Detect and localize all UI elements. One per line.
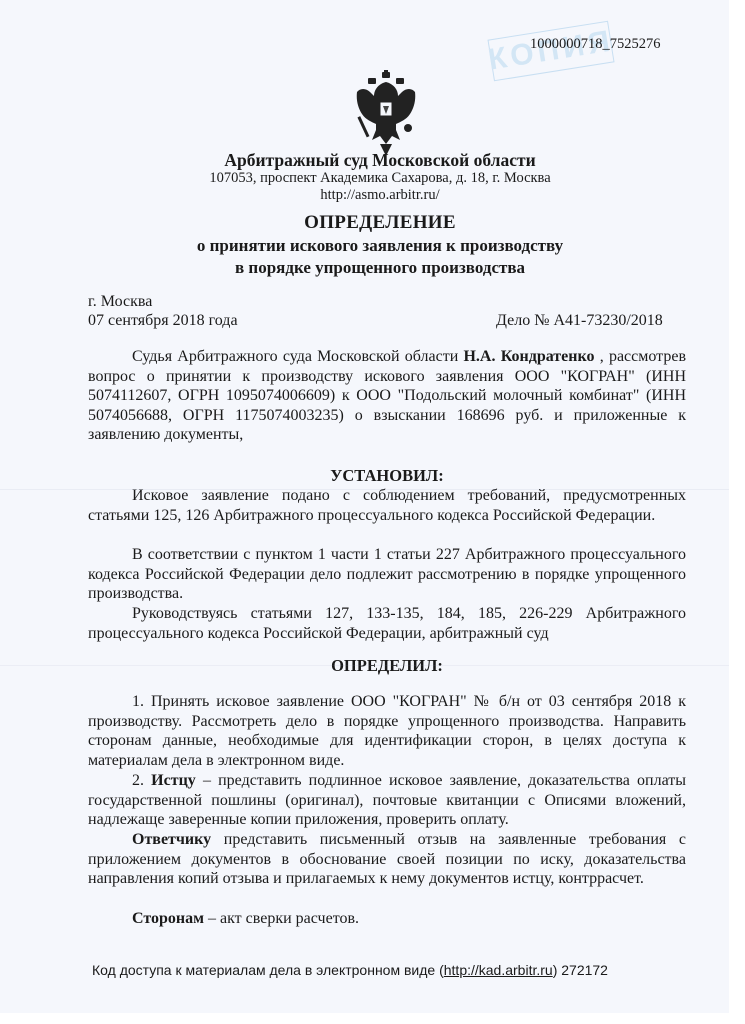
russian-coat-of-arms-icon	[354, 70, 418, 158]
access-code-footer: Код доступа к материалам дела в электрон…	[92, 962, 608, 978]
parties-paragraph: Сторонам – акт сверки расчетов.	[88, 909, 686, 929]
subtitle-line-2: в порядке упрощенного производства	[0, 257, 745, 279]
scanned-page: КОПИЯ 1000000718_7525276 Арбитражный суд…	[0, 0, 729, 1013]
judge-name: Н.А. Кондратенко	[463, 348, 594, 365]
defendant-paragraph: Ответчику представить письменный отзыв н…	[88, 830, 686, 889]
subtitle-line-1: о принятии искового заявления к производ…	[0, 235, 745, 257]
decided-item-2: 2. Истцу – представить подлинное исковое…	[88, 771, 686, 830]
document-date: 07 сентября 2018 года	[88, 312, 238, 330]
decided-item-1: 1. Принять исковое заявление ООО "КОГРАН…	[88, 692, 686, 770]
defendant-label: Ответчику	[132, 831, 211, 848]
document-id: 1000000718_7525276	[530, 36, 661, 53]
document-title: ОПРЕДЕЛЕНИЕ	[0, 212, 745, 234]
footer-prefix: Код доступа к материалам дела в электрон…	[92, 962, 444, 978]
established-paragraph-2: В соответствии с пунктом 1 части 1 стать…	[88, 545, 686, 604]
intro-prefix: Судья Арбитражного суда Московской облас…	[132, 348, 463, 365]
court-website: http://asmo.arbitr.ru/	[0, 187, 745, 204]
parties-instructions: – акт сверки расчетов.	[204, 910, 359, 927]
fold-line	[0, 665, 729, 666]
case-number: Дело № А41-73230/2018	[496, 312, 663, 330]
established-paragraph-3: Руководствуясь статьями 127, 133-135, 18…	[88, 604, 686, 643]
city: г. Москва	[88, 293, 152, 311]
decided-heading: ОПРЕДЕЛИЛ:	[88, 656, 686, 676]
established-paragraph-1: Исковое заявление подано с соблюдением т…	[88, 486, 686, 525]
plaintiff-label: Истцу	[151, 772, 196, 789]
footer-access-code: ) 272172	[553, 962, 608, 978]
court-name: Арбитражный суд Московской области	[0, 150, 745, 171]
intro-paragraph: Судья Арбитражного суда Московской облас…	[88, 347, 686, 445]
item-number: 2.	[132, 772, 151, 789]
established-heading: УСТАНОВИЛ:	[88, 466, 686, 486]
document-subtitle: о принятии искового заявления к производ…	[0, 235, 745, 279]
kad-arbitr-link[interactable]: http://kad.arbitr.ru	[444, 962, 553, 978]
parties-label: Сторонам	[132, 910, 204, 927]
court-address: 107053, проспект Академика Сахарова, д. …	[0, 170, 745, 187]
fold-line	[0, 489, 729, 490]
